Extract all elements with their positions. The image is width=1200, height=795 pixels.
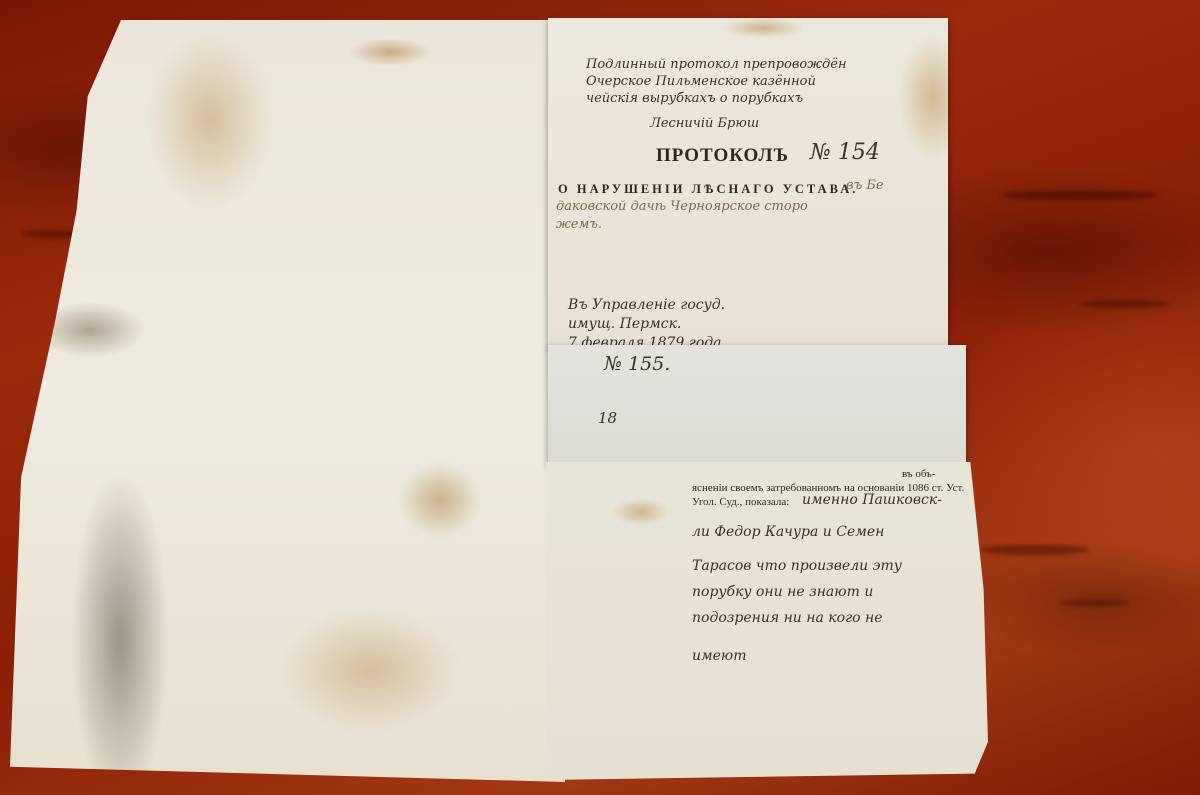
document-subtitle: О НАРУШЕНІИ ЛѢСНАГО УСТАВА. [558,182,858,197]
testimony-line: подозрения ни на кого не [692,610,883,626]
left-page-blank [10,20,565,782]
header-line: Подлинный протокол препровождён [586,56,847,73]
note-line: имущ. Пермск. [568,315,725,334]
fold-mark: 18 [598,409,617,427]
testimony-line: порубку они не знают и [692,584,873,600]
protocol-number: № 154 [810,140,880,165]
number-value: 154 [838,140,880,165]
header-line: чейскія вырубкахъ о порубкахъ [586,90,847,107]
number-sign: № [810,140,831,165]
table-grain [1060,600,1130,606]
printed-text: Угол. Суд., показала: [692,496,789,508]
testimony-line: Тарасов что произвели эту [692,558,902,574]
right-page-bottom: въ объ- ясненіи своемъ затребованномъ на… [546,462,988,780]
printed-text: въ объ- [902,468,936,480]
table-grain [1000,190,1160,200]
right-page-top: Подлинный протокол препровождён Очерское… [548,18,948,348]
testimony-line: именно Пашковск- [802,492,942,508]
testimony-line: имеют [692,648,747,664]
registration-number: № 155. [604,353,670,375]
document-title: ПРОТОКОЛЪ [656,145,789,167]
table-grain [980,545,1090,555]
handwritten-location: въ Бе [846,178,884,193]
handwritten-location: даковской дачѣ Черноярское сторо [556,199,808,214]
signature: Лесничій Брюш [650,115,847,132]
folded-flap: № 155. 18 [548,345,966,467]
testimony-line: ли Федор Качура и Семен [692,524,884,540]
handwritten-header: Подлинный протокол препровождён Очерское… [586,56,847,132]
header-line: Очерское Пильменское казённой [586,73,847,90]
note-line: Въ Управленіе госуд. [568,296,725,315]
table-grain [1080,300,1170,308]
handwritten-location: жемъ. [556,217,602,232]
